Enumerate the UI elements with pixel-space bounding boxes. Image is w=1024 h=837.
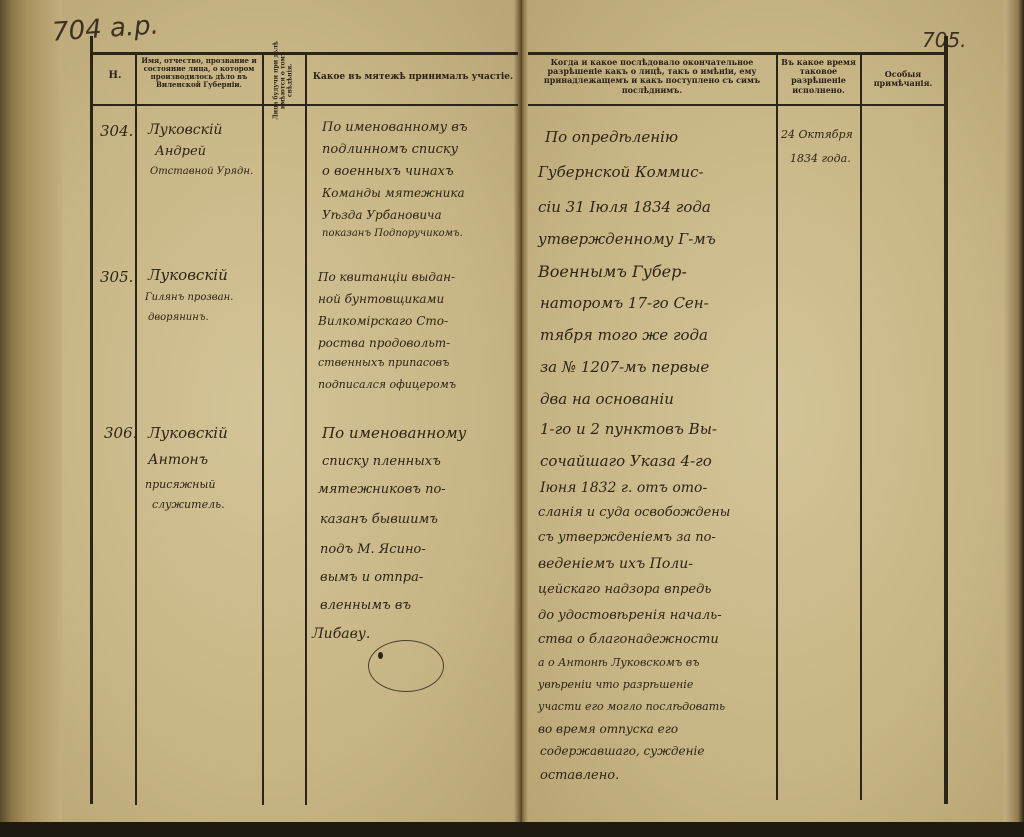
resolution-line-17: до удостовѣренія началь- xyxy=(538,608,722,623)
executed-date-line-1: 24 Октября xyxy=(781,128,853,141)
resolution-line-13: сланія и суда освобождены xyxy=(538,505,730,520)
entry-304-number: 304. xyxy=(100,122,133,140)
entry-305-name-3: дворянинъ. xyxy=(148,312,209,323)
resolution-line-20: увѣреніи что разрѣшеніе xyxy=(538,678,693,691)
resolution-line-8: за № 1207-мъ первые xyxy=(540,358,709,376)
header-number: Н. xyxy=(96,70,134,82)
entry-306-participation-2: списку пленныхъ xyxy=(322,454,441,469)
header-resolution: Когда и какое послѣдовало окончательное … xyxy=(530,58,774,95)
entry-304-participation-3: о военныхъ чинахъ xyxy=(322,164,454,179)
entry-305-participation-2: ной бунтовщиками xyxy=(318,292,444,306)
entry-306-name-4: служитель. xyxy=(152,498,225,511)
entry-305-participation-3: Вилкомірскаго Сто- xyxy=(318,314,448,328)
book-edge-shadow xyxy=(0,0,62,822)
resolution-line-21: участи его могло послѣдовать xyxy=(538,700,725,713)
resolution-line-15: веденіемъ ихъ Поли- xyxy=(538,556,693,572)
entry-305-participation-4: роства продовольт- xyxy=(318,336,450,350)
entry-304-participation-4: Команды мятежника xyxy=(322,186,465,200)
left-col-rule-3 xyxy=(305,55,307,805)
entry-306-number: 306. xyxy=(104,424,137,442)
entry-305-name-2: Гилянъ прозван. xyxy=(145,292,233,303)
header-participation: Какое въ мятежѣ принималъ участіе. xyxy=(308,72,518,82)
resolution-line-3: сіи 31 Іюля 1834 года xyxy=(538,198,711,216)
entry-306-participation-7: вленнымъ въ xyxy=(320,598,411,613)
entry-304-name-3: Отставной Урядн. xyxy=(150,166,253,177)
ink-blot xyxy=(378,652,383,659)
entry-306-participation-5: подъ М. Ясино- xyxy=(320,542,426,557)
resolution-line-5: Военнымъ Губер- xyxy=(538,262,687,281)
resolution-line-2: Губернской Коммис- xyxy=(538,163,704,181)
right-col-rule-2 xyxy=(860,55,862,800)
entry-305-number: 305. xyxy=(100,268,133,286)
right-col-rule-1 xyxy=(776,55,778,800)
entry-304-name-1: Луковскій xyxy=(148,122,222,138)
ink-stamp-oval xyxy=(368,640,444,692)
resolution-line-14: съ утвержденіемъ за по- xyxy=(538,530,716,545)
resolution-line-4: утвержденному Г-мъ xyxy=(538,230,716,248)
book-gutter xyxy=(514,0,528,822)
entry-306-name-1: Луковскій xyxy=(148,424,228,442)
header-narrow: Лица будучи при дѣлѣ имѣются о томъ свѣд… xyxy=(274,40,295,120)
entry-306-participation-8: Либаву. xyxy=(312,626,370,642)
entry-305-participation-1: По квитанціи выдан- xyxy=(318,270,455,284)
resolution-line-11: сочайшаго Указа 4-го xyxy=(540,452,712,470)
scan-background xyxy=(0,822,1024,837)
entry-305-name-1: Луковскій xyxy=(148,266,228,284)
resolution-line-10: 1-го и 2 пунктовъ Вы- xyxy=(540,420,717,438)
resolution-line-23: содержавшаго, сужденіе xyxy=(540,744,704,758)
entry-306-participation-1: По именованному xyxy=(322,424,466,442)
resolution-line-16: цейскаго надзора впредь xyxy=(538,582,711,597)
resolution-line-24: оставлено. xyxy=(540,768,619,783)
left-outer-border xyxy=(90,36,93,804)
entry-306-participation-4: казанъ бывшимъ xyxy=(320,512,438,527)
entry-306-participation-6: вымъ и отпра- xyxy=(320,570,423,585)
executed-date-line-2: 1834 года. xyxy=(790,152,851,165)
entry-304-participation-6: показанъ Подпоручикомъ. xyxy=(322,228,463,239)
left-col-rule-2 xyxy=(262,55,264,805)
resolution-line-9: два на основаніи xyxy=(540,390,674,408)
resolution-line-1: По опредѣленію xyxy=(545,128,678,146)
entry-305-participation-5: ственныхъ припасовъ xyxy=(318,356,449,369)
resolution-line-7: тября того же года xyxy=(540,326,708,344)
header-name: Имя, отчество, прозвание и состояние лиц… xyxy=(138,57,260,89)
resolution-line-6: наторомъ 17-го Сен- xyxy=(540,294,709,312)
entry-306-participation-3: мятежниковъ по- xyxy=(318,482,446,497)
entry-306-name-3: присяжный xyxy=(145,478,215,491)
book-right-edge xyxy=(1004,0,1024,822)
right-top-rule xyxy=(528,52,946,55)
right-page xyxy=(522,0,1024,822)
entry-305-participation-6: подписался офицеромъ xyxy=(318,378,456,391)
entry-306-name-2: Антонъ xyxy=(148,452,208,468)
entry-304-participation-5: Уѣзда Урбановича xyxy=(322,208,442,222)
header-executed: Въ какое время таковое разрѣшеніе исполн… xyxy=(779,58,858,95)
entry-304-participation-1: По именованному въ xyxy=(322,120,467,135)
entry-304-name-2: Андрей xyxy=(155,144,206,159)
resolution-line-22: во время отпуска его xyxy=(538,722,678,736)
resolution-line-12: Іюня 1832 г. отъ ото- xyxy=(540,480,707,496)
right-outer-border xyxy=(944,36,948,804)
resolution-line-19: а о Антонѣ Луковскомъ въ xyxy=(538,656,699,669)
right-header-bottom-rule xyxy=(528,104,946,106)
entry-304-participation-2: подлинномъ списку xyxy=(322,142,458,157)
header-notes: Особыя примѣчанія. xyxy=(864,70,942,88)
resolution-line-18: ства о благонадежности xyxy=(538,632,719,647)
